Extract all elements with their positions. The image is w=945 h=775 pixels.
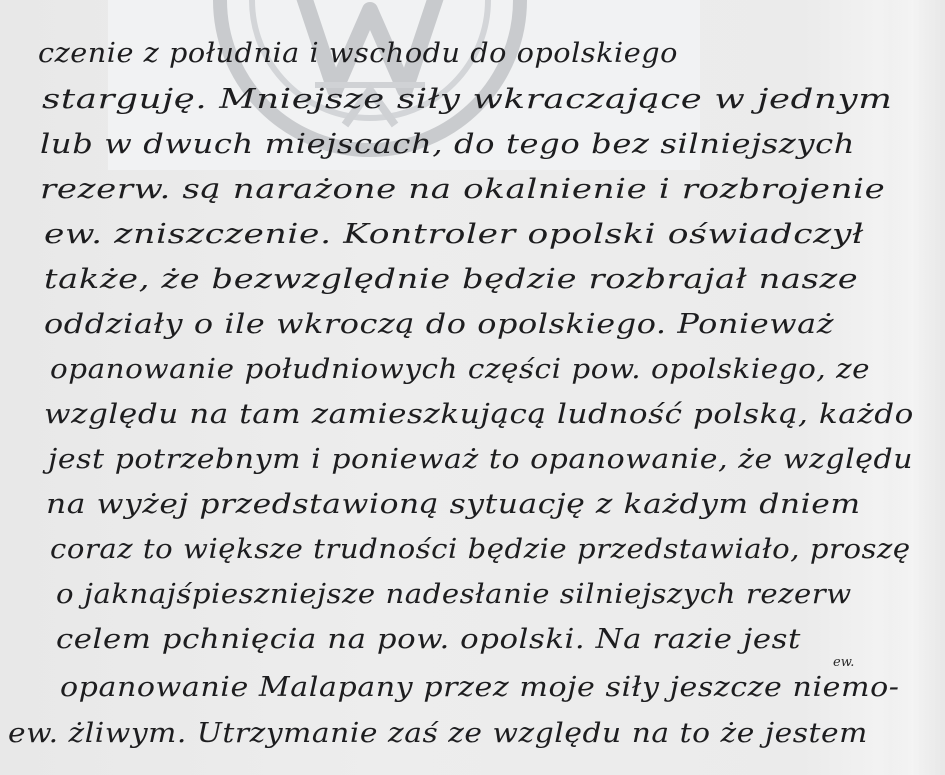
text-line: ew. zniszczenie. Kontroler opolski oświa… — [44, 219, 864, 250]
text-line: rezerw. są narażone na okalnienie i rozb… — [40, 174, 885, 205]
handwritten-text-body: czenie z południa i wschodu do opolskieg… — [0, 0, 945, 775]
text-line: o jaknajśpieszniejsze nadesłanie silniej… — [56, 579, 852, 610]
text-line: oddziały o ile wkroczą do opolskiego. Po… — [44, 309, 834, 340]
text-line: opanowanie Malapany przez moje siły jesz… — [60, 672, 899, 703]
text-line: na wyżej przedstawioną sytuację z każdym… — [46, 489, 861, 520]
text-line: celem pchnięcia na pow. opolski. Na razi… — [56, 624, 801, 655]
text-line: względu na tam zamieszkującą ludność pol… — [44, 399, 914, 430]
text-line: jest potrzebnym i ponieważ to opanowanie… — [48, 444, 913, 475]
superscript-correction: ew. — [833, 655, 854, 670]
text-line: także, że bezwzględnie będzie rozbrajał … — [44, 264, 858, 295]
text-line: opanowanie południowych części pow. opol… — [50, 354, 870, 385]
text-line: starguję. Mniejsze siły wkraczające w je… — [42, 84, 893, 115]
text-line: coraz to większe trudności będzie przeds… — [50, 534, 911, 565]
text-line: czenie z południa i wschodu do opolskieg… — [38, 38, 678, 69]
document-page: czenie z południa i wschodu do opolskieg… — [0, 0, 945, 775]
text-line: lub w dwuch miejscach, do tego bez silni… — [40, 129, 855, 160]
text-line: ew. żliwym. Utrzymanie zaś ze względu na… — [8, 718, 868, 749]
